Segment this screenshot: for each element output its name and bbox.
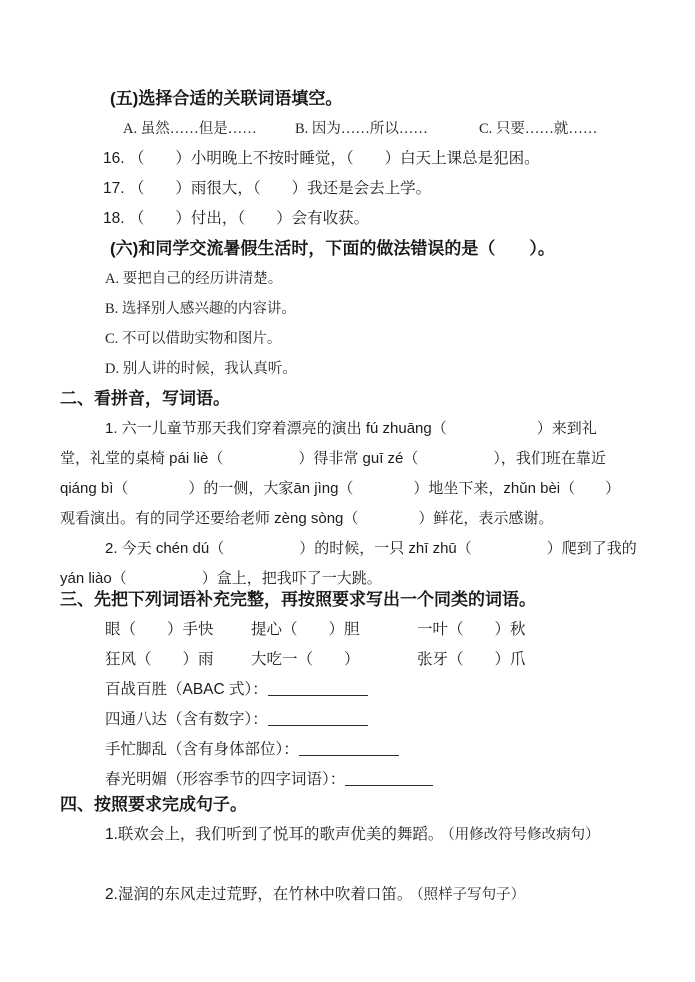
question-17: 17. （ ）雨很大，（ ）我还是会去上学。	[103, 174, 655, 204]
section-five-option-bank: A. 虽然……但是……B. 因为……所以……C. 只要……就……	[123, 114, 655, 144]
question-16: 16. （ ）小明晚上不按时睡觉，（ ）白天上课总是犯困。	[103, 144, 655, 174]
choice-b: B. 选择别人感兴趣的内容讲。	[105, 294, 655, 324]
choice-d: D. 别人讲的时候，我认真听。	[105, 354, 655, 384]
question-18: 18. （ ）付出，（ ）会有收获。	[103, 204, 655, 234]
idiom-blank-2: 提心（ ）胆	[251, 615, 417, 645]
fill-label-body-part: 手忙脚乱（含有身体部位）：	[105, 741, 299, 758]
pinyin-paragraph1-line2: 堂，礼堂的桌椅 pái liè（ ）得非常 guī zé（ ），我们班在靠近	[60, 444, 655, 474]
idiom-row-2: 狂风（ ）雨大吃一（ ）张牙（ ）爪	[105, 645, 655, 675]
pinyin-paragraph2-line1: 2. 今天 chén dú（ ）的时候，一只 zhī zhū（ ）爬到了我的	[105, 534, 655, 564]
idiom-blank-6: 张牙（ ）爪	[417, 651, 526, 668]
fill-line-number: 四通八达（含有数字）：	[105, 705, 655, 735]
sentence-question-2: 2.湿润的东风走过荒野，在竹林中吹着口笛。（照样子写句子）	[105, 880, 655, 910]
option-bank-c: C. 只要……就……	[479, 121, 597, 137]
sentence-2-instruction: （照样子写句子）	[416, 887, 525, 903]
idiom-row-1: 眼（ ）手快提心（ ）胆一叶（ ）秋	[105, 615, 655, 645]
section-two-title: 二、看拼音，写词语。	[60, 384, 655, 414]
fill-line-body-part: 手忙脚乱（含有身体部位）：	[105, 735, 655, 765]
idiom-blank-1: 眼（ ）手快	[105, 615, 251, 645]
fill-line-abac: 百战百胜（ABAC 式）：	[105, 675, 655, 705]
pinyin-paragraph1-line4: 观看演出。有的同学还要给老师 zèng sòng（ ）鲜花，表示感谢。	[60, 504, 655, 534]
pinyin-paragraph1-line3: qiáng bì（ ）的一侧，大家ān jìng（ ）地坐下来，zhǔn bèi…	[60, 474, 655, 504]
idiom-blank-5: 大吃一（ ）	[251, 645, 417, 675]
idiom-blank-4: 狂风（ ）雨	[105, 645, 251, 675]
answer-blank-line	[345, 770, 433, 786]
sentence-question-1: 1.联欢会上，我们听到了悦耳的歌声优美的舞蹈。（用修改符号修改病句）	[105, 820, 655, 850]
fill-label-number: 四通八达（含有数字）：	[105, 711, 268, 728]
idiom-blank-3: 一叶（ ）秋	[417, 621, 526, 638]
sentence-1-text: 1.联欢会上，我们听到了悦耳的歌声优美的舞蹈。	[105, 826, 443, 843]
section-six-title: (六)和同学交流暑假生活时，下面的做法错误的是（ ）。	[110, 234, 655, 264]
section-five-title: (五)选择合适的关联词语填空。	[110, 84, 655, 114]
option-bank-a: A. 虽然……但是……	[123, 114, 295, 144]
exam-paper-page: (五)选择合适的关联词语填空。 A. 虽然……但是……B. 因为……所以……C.…	[0, 0, 695, 982]
fill-label-season: 春光明媚（形容季节的四字词语）：	[105, 771, 345, 788]
choice-c: C. 不可以借助实物和图片。	[105, 324, 655, 354]
choice-a: A. 要把自己的经历讲清楚。	[105, 264, 655, 294]
fill-label-abac: 百战百胜（ABAC 式）：	[105, 681, 268, 698]
answer-blank-line	[268, 680, 368, 696]
answer-blank-line	[268, 710, 368, 726]
pinyin-paragraph1-line1: 1. 六一儿童节那天我们穿着漂亮的演出 fú zhuāng（ ）来到礼	[105, 414, 655, 444]
answer-blank-line	[299, 740, 399, 756]
sentence-2-text: 2.湿润的东风走过荒野，在竹林中吹着口笛。	[105, 886, 412, 903]
sentence-1-instruction: （用修改符号修改病句）	[447, 827, 599, 843]
section-three-title: 三、先把下列词语补充完整，再按照要求写出一个同类的词语。	[60, 585, 655, 615]
option-bank-b: B. 因为……所以……	[295, 114, 479, 144]
